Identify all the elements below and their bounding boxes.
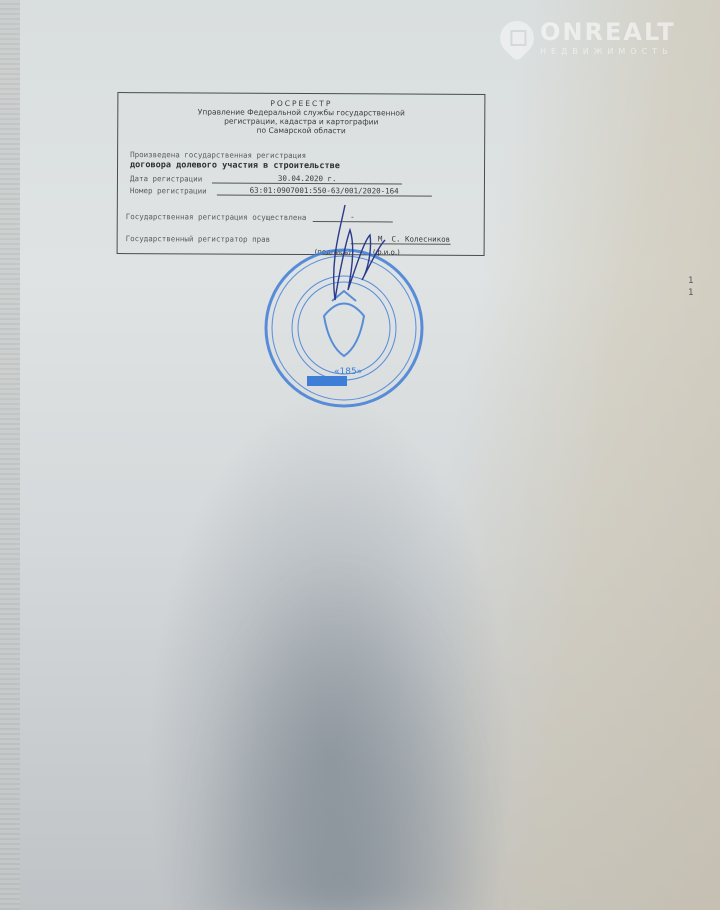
registration-date-row: Дата регистрации 30.04.2020 г. [130, 173, 402, 184]
watermark-subtitle: НЕДВИЖИМОСТЬ [540, 48, 676, 56]
handwritten-signature [300, 200, 410, 315]
edge-mark-2: 1 [688, 287, 694, 299]
underlying-page-edge [0, 0, 20, 910]
agency-line-3: по Самарской области [118, 125, 484, 136]
registration-number-row: Номер регистрации 63:01:0907001:550-63/0… [130, 185, 432, 197]
registration-number-label: Номер регистрации [130, 186, 207, 195]
registration-date-value: 30.04.2020 г. [212, 174, 402, 185]
watermark-brand: ONREALT [540, 20, 676, 44]
registration-subject: договора долевого участия в строительств… [130, 160, 340, 171]
registration-intro: Произведена государственная регистрация [130, 150, 306, 160]
registration-date-label: Дата регистрации [130, 174, 202, 183]
svg-text:«185»: «185» [334, 367, 362, 377]
edge-marks: 1 1 [688, 275, 694, 299]
edge-mark-1: 1 [688, 275, 694, 287]
watermark: ONREALT НЕДВИЖИМОСТЬ [500, 20, 676, 56]
registrar-label: Государственный регистратор прав [126, 234, 271, 244]
house-pin-icon [493, 14, 541, 62]
registration-performed-label: Государственная регистрация осуществлена [126, 212, 307, 222]
registration-number-value: 63:01:0907001:550-63/001/2020-164 [217, 186, 432, 197]
